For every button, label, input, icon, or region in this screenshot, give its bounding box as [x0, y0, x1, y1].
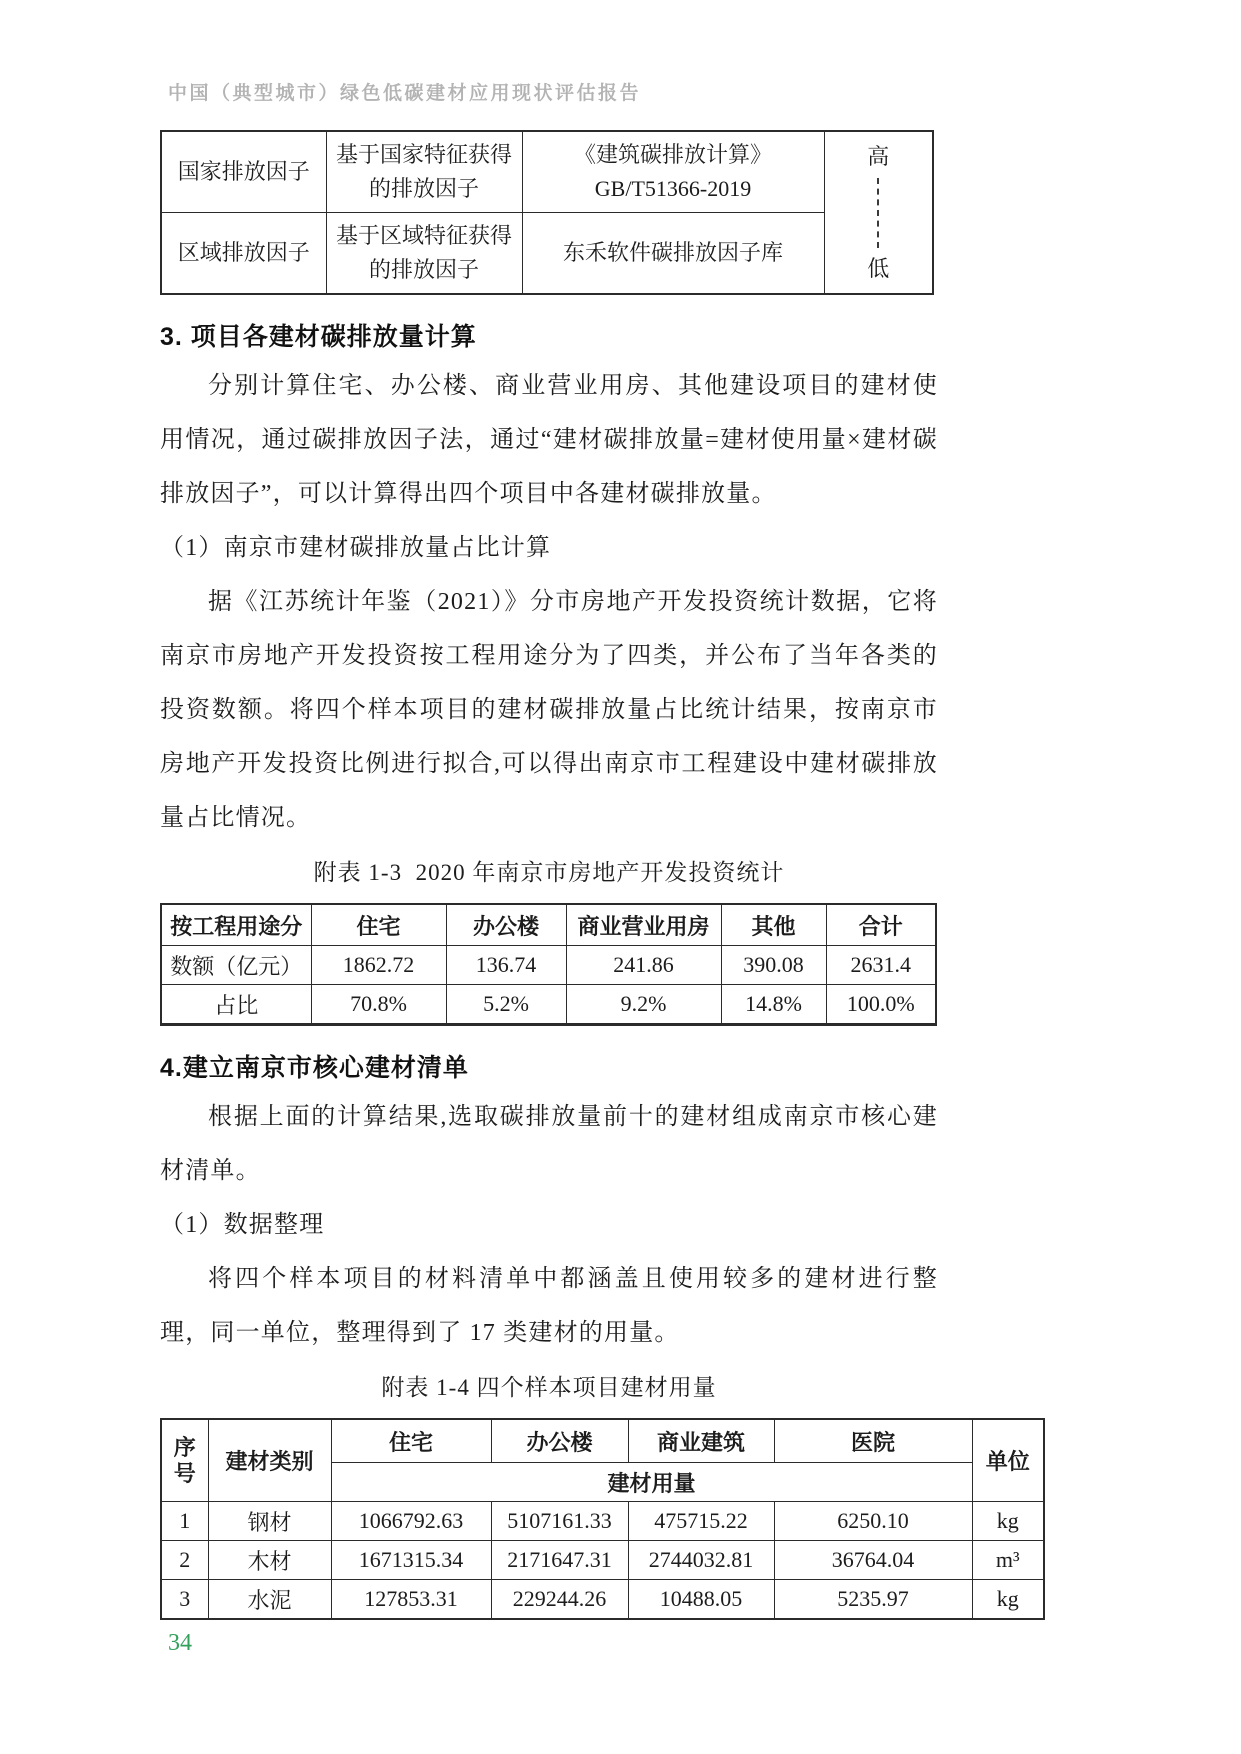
table14-cell: 2: [161, 1541, 208, 1580]
table13-col-header: 办公楼: [446, 904, 566, 946]
table-row: 国家排放因子 基于国家特征获得的排放因子 《建筑碳排放计算》 GB/T51366…: [161, 131, 933, 213]
factor-source-cell: 《建筑碳排放计算》 GB/T51366-2019: [522, 131, 824, 213]
source-line: GB/T51366-2019: [529, 172, 818, 206]
table14-col-header: 建材类别: [208, 1419, 331, 1502]
table13-cell: 5.2%: [446, 985, 566, 1025]
table14-cell: kg: [972, 1580, 1044, 1620]
table13-cell: 241.86: [566, 946, 721, 985]
table-row: 数额（亿元） 1862.72 136.74 241.86 390.08 2631…: [161, 946, 936, 985]
table14-col-header: 单位: [972, 1419, 1044, 1502]
table13-cell: 占比: [161, 985, 311, 1025]
table13-cell: 数额（亿元）: [161, 946, 311, 985]
table14-cell: 2171647.31: [491, 1541, 628, 1580]
table14-cell: 36764.04: [774, 1541, 972, 1580]
section4-heading: 4.建立南京市核心建材清单: [160, 1048, 938, 1084]
table14-cell: m³: [972, 1541, 1044, 1580]
factor-desc-cell: 基于国家特征获得的排放因子: [326, 131, 522, 213]
document-page: 中国（典型城市）绿色低碳建材应用现状评估报告 国家排放因子 基于国家特征获得的排…: [0, 0, 1241, 1754]
table14-col-header: 商业建筑: [628, 1419, 774, 1463]
table13-col-header: 住宅: [311, 904, 446, 946]
table-row: 占比 70.8% 5.2% 9.2% 14.8% 100.0%: [161, 985, 936, 1025]
table14-cell: 1: [161, 1502, 208, 1541]
table14-cell: 229244.26: [491, 1580, 628, 1620]
material-usage-table-1-4: 序号 建材类别 住宅 办公楼 商业建筑 医院 单位 建材用量 1 钢材 1066…: [160, 1418, 1045, 1620]
page-number: 34: [168, 1630, 192, 1657]
scale-high-label: 高: [867, 140, 889, 174]
table14-col-header: 医院: [774, 1419, 972, 1463]
source-line: 《建筑碳排放计算》: [529, 138, 818, 172]
table14-cell: 钢材: [208, 1502, 331, 1541]
scale-dashed-line: [877, 178, 879, 248]
table13-cell: 9.2%: [566, 985, 721, 1025]
table14-col-header: 住宅: [331, 1419, 491, 1463]
table-row: 1 钢材 1066792.63 5107161.33 475715.22 625…: [161, 1502, 1044, 1541]
scale-low-label: 低: [867, 252, 889, 286]
section3-subitem-1: （1）南京市建材碳排放量占比计算: [160, 521, 938, 575]
table13-caption: 附表 1-3 2020 年南京市房地产开发投资统计: [160, 851, 938, 895]
table13-cell: 136.74: [446, 946, 566, 985]
factor-source-cell: 东禾软件碳排放因子库: [522, 213, 824, 295]
section4-paragraph-1: 根据上面的计算结果,选取碳排放量前十的建材组成南京市核心建材清单。: [160, 1090, 938, 1198]
table14-subheader: 建材用量: [331, 1463, 972, 1502]
table14-caption: 附表 1-4 四个样本项目建材用量: [160, 1366, 938, 1410]
table14-cell: 1671315.34: [331, 1541, 491, 1580]
table14-cell: 水泥: [208, 1580, 331, 1620]
table13-cell: 14.8%: [721, 985, 826, 1025]
table14-cell: 5235.97: [774, 1580, 972, 1620]
table-row: 2 木材 1671315.34 2171647.31 2744032.81 36…: [161, 1541, 1044, 1580]
table-row: 区域排放因子 基于区域特征获得的排放因子 东禾软件碳排放因子库: [161, 213, 933, 295]
table-header-row: 按工程用途分 住宅 办公楼 商业营业用房 其他 合计: [161, 904, 936, 946]
section3-paragraph-2: 据《江苏统计年鉴（2021）》分市房地产开发投资统计数据，它将南京市房地产开发投…: [160, 575, 938, 845]
source-line: 东禾软件碳排放因子库: [529, 236, 818, 270]
accuracy-scale: 高 低: [831, 138, 927, 288]
table13-cell: 390.08: [721, 946, 826, 985]
table-row: 3 水泥 127853.31 229244.26 10488.05 5235.9…: [161, 1580, 1044, 1620]
table13-cell: 2631.4: [826, 946, 936, 985]
table14-cell: 2744032.81: [628, 1541, 774, 1580]
table14-col-header: 办公楼: [491, 1419, 628, 1463]
section3-paragraph-1: 分别计算住宅、办公楼、商业营业用房、其他建设项目的建材使用情况，通过碳排放因子法…: [160, 359, 938, 521]
section4-paragraph-2: 将四个样本项目的材料清单中都涵盖且使用较多的建材进行整理，同一单位，整理得到了 …: [160, 1252, 938, 1360]
section4-subitem-1: （1）数据整理: [160, 1198, 938, 1252]
page-content: 国家排放因子 基于国家特征获得的排放因子 《建筑碳排放计算》 GB/T51366…: [160, 130, 938, 1620]
factor-name-cell: 区域排放因子: [161, 213, 326, 295]
table14-cell: 6250.10: [774, 1502, 972, 1541]
table14-cell: 1066792.63: [331, 1502, 491, 1541]
table13-cell: 1862.72: [311, 946, 446, 985]
table14-cell: 10488.05: [628, 1580, 774, 1620]
table14-cell: kg: [972, 1502, 1044, 1541]
accuracy-scale-cell: 高 低: [824, 131, 933, 294]
table14-cell: 5107161.33: [491, 1502, 628, 1541]
table13-col-header: 合计: [826, 904, 936, 946]
investment-table-1-3: 按工程用途分 住宅 办公楼 商业营业用房 其他 合计 数额（亿元） 1862.7…: [160, 903, 937, 1026]
table13-col-header: 商业营业用房: [566, 904, 721, 946]
table13-col-header: 按工程用途分: [161, 904, 311, 946]
table14-cell: 木材: [208, 1541, 331, 1580]
table13-cell: 100.0%: [826, 985, 936, 1025]
table13-col-header: 其他: [721, 904, 826, 946]
factor-desc-cell: 基于区域特征获得的排放因子: [326, 213, 522, 295]
table14-col-header: 序号: [161, 1419, 208, 1502]
table-header-row: 序号 建材类别 住宅 办公楼 商业建筑 医院 单位: [161, 1419, 1044, 1463]
emission-factor-table: 国家排放因子 基于国家特征获得的排放因子 《建筑碳排放计算》 GB/T51366…: [160, 130, 934, 295]
table14-cell: 475715.22: [628, 1502, 774, 1541]
table13-cell: 70.8%: [311, 985, 446, 1025]
table14-cell: 127853.31: [331, 1580, 491, 1620]
factor-name-cell: 国家排放因子: [161, 131, 326, 213]
table14-cell: 3: [161, 1580, 208, 1620]
section3-heading: 3. 项目各建材碳排放量计算: [160, 317, 938, 353]
running-header: 中国（典型城市）绿色低碳建材应用现状评估报告: [168, 78, 641, 105]
